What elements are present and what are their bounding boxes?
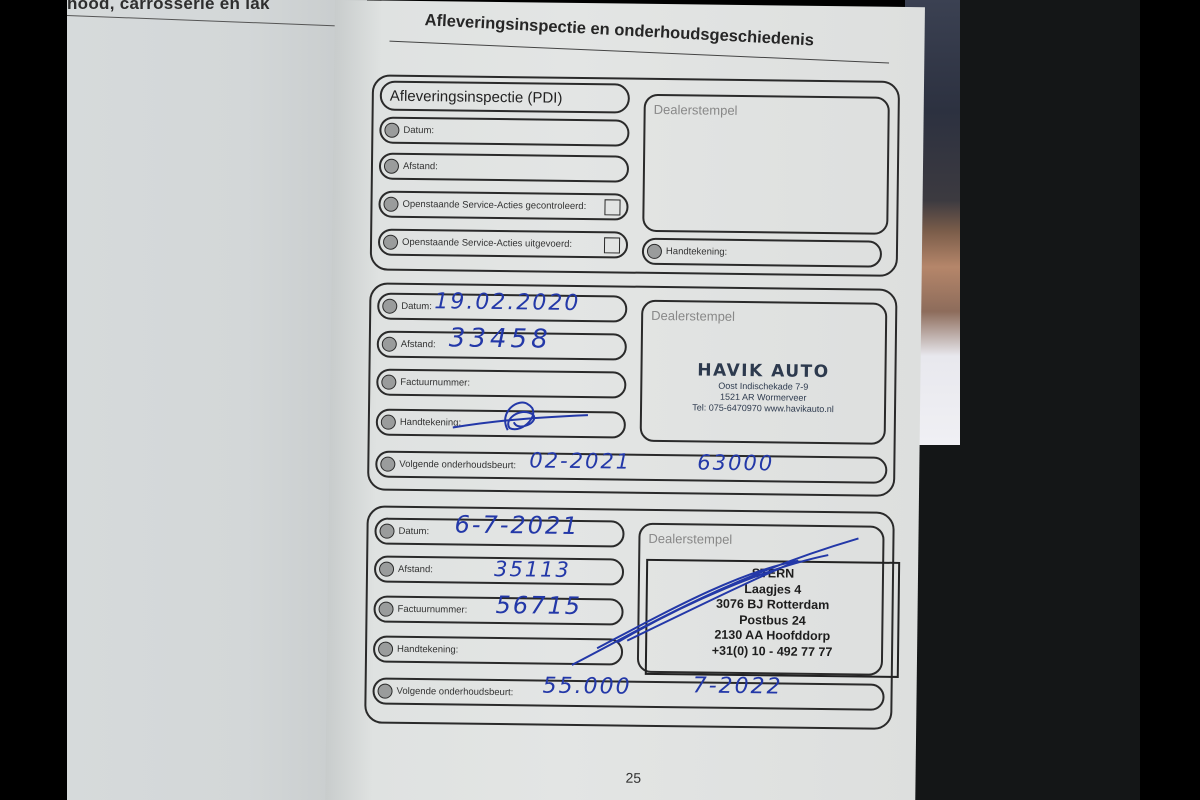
field-label: Handtekening: [400,417,461,429]
stamp-line: Tel: 075-6470970 www.havikauto.nl [642,402,884,416]
handwritten-next-km: 55.000 [542,674,631,700]
field-label: Openstaande Service-Acties gecontroleerd… [402,199,586,212]
bullet-icon [381,415,396,430]
pdi-heading: Afleveringsinspectie (PDI) [390,88,563,107]
service2-next-service-field[interactable]: Volgende onderhoudsbeurt:55.0007-2022 [372,678,884,711]
field-label: Factuurnummer: [400,377,470,389]
pdi-dealer-stamp-box: Dealerstempel [642,94,890,235]
pdi-service-done-field: Openstaande Service-Acties uitgevoerd: [378,229,628,259]
service2-dealer-stamp-box: Dealerstempel STERN Laagjes 4 3076 BJ Ro… [637,523,885,676]
stamp-label: Dealerstempel [654,102,738,118]
pdi-signature-field[interactable]: Handtekening: [642,238,882,268]
left-page: hood, carrosserie en lak [67,0,367,800]
handwritten-invoice: 56715 [495,591,582,620]
service1-next-service-field[interactable]: Volgende onderhoudsbeurt:02-202163000 [375,451,887,484]
service1-date-field[interactable]: Datum:19.02.2020 [377,293,627,323]
signature-scribble [448,391,599,438]
title-rule [389,41,889,64]
bullet-icon [384,123,399,138]
bullet-icon [383,197,398,212]
handwritten-next-km: 63000 [697,450,774,475]
field-label: Afstand: [401,339,436,350]
service1-dealer-stamp-box: Dealerstempel HAVIK AUTO Oost Indischeka… [640,300,888,445]
service2-date-field[interactable]: Datum:6-7-2021 [374,518,624,548]
handwritten-distance: 33458 [449,323,552,354]
field-label: Volgende onderhoudsbeurt: [399,459,516,471]
handwritten-next-date: 02-2021 [529,448,631,473]
field-label: Datum: [401,301,432,312]
service1-distance-field[interactable]: Afstand:33458 [377,331,627,361]
bullet-icon [378,642,393,657]
field-label: Openstaande Service-Acties uitgevoerd: [402,237,572,250]
service2-signature-field[interactable]: Handtekening: [373,636,623,666]
bullet-icon [380,457,395,472]
pdi-distance-field[interactable]: Afstand: [379,153,629,183]
service-entry-2: Datum:6-7-2021 Afstand:35113 Factuurnumm… [364,505,895,729]
bullet-icon [383,235,398,250]
field-label: Datum: [398,526,429,537]
field-label: Factuurnummer: [397,604,467,616]
stern-stamp: STERN Laagjes 4 3076 BJ Rotterdam Postbu… [645,559,900,678]
havik-auto-stamp: HAVIK AUTO Oost Indischekade 7-9 1521 AR… [642,360,885,416]
service2-invoice-field[interactable]: Factuurnummer:56715 [373,596,623,626]
left-title-rule [67,15,343,27]
service-checked-checkbox[interactable] [604,199,620,215]
bullet-icon [647,244,662,259]
field-label: Afstand: [403,161,438,172]
bullet-icon [379,524,394,539]
pdi-heading-box: Afleveringsinspectie (PDI) [380,81,630,114]
field-label: Handtekening: [397,644,458,656]
field-label: Datum: [403,125,434,136]
service2-distance-field[interactable]: Afstand:35113 [374,556,624,586]
service-booklet-page: Afleveringsinspectie en onderhoudsgeschi… [325,0,925,800]
stamp-line: +31(0) 10 - 492 77 77 [647,642,897,661]
service1-signature-field[interactable]: Handtekening: [376,409,626,439]
handwritten-date: 6-7-2021 [454,511,579,541]
bullet-icon [377,684,392,699]
pdi-service-checked-field: Openstaande Service-Acties gecontroleerd… [378,191,628,221]
bullet-icon [381,375,396,390]
stamp-label: Dealerstempel [648,531,732,547]
bullet-icon [378,602,393,617]
pdi-date-field[interactable]: Datum: [379,117,629,147]
field-label: Afstand: [398,564,433,575]
pdi-section: Afleveringsinspectie (PDI) Datum: Afstan… [370,74,900,276]
service-entry-1: Datum:19.02.2020 Afstand:33458 Factuurnu… [367,282,898,496]
stamp-label: Dealerstempel [651,308,735,324]
handwritten-date: 19.02.2020 [434,289,580,316]
handwritten-distance: 35113 [494,557,571,582]
bullet-icon [382,337,397,352]
bullet-icon [379,562,394,577]
left-page-title: hood, carrosserie en lak [67,0,270,14]
field-label: Volgende onderhoudsbeurt: [396,686,513,698]
bullet-icon [382,299,397,314]
handwritten-next-date: 7-2022 [692,673,782,699]
service-done-checkbox[interactable] [604,237,620,253]
page-number: 25 [625,770,641,786]
service1-invoice-field[interactable]: Factuurnummer: [376,369,626,399]
field-label: Handtekening: [666,246,727,258]
bullet-icon [384,159,399,174]
